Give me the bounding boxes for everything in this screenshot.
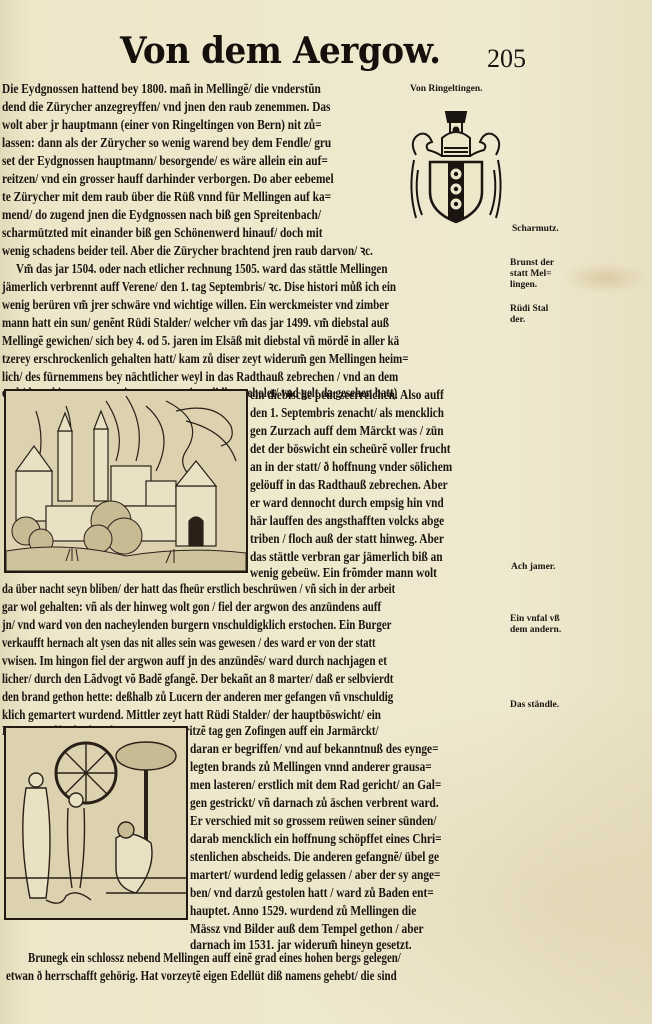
text-line: dend die Zürycher anzegreyffen/ vnd jnen…: [2, 98, 330, 115]
burning-town-illustration: [6, 391, 246, 571]
woodcut-burning-town: [4, 389, 248, 573]
text-line: ein diebische peüt zeerreichen. Also auf…: [250, 386, 444, 403]
text-line: gar wol gehalten: vñ als der hinweg wolt…: [2, 598, 381, 615]
text-line: klich gemartert wurdend. Mittler zeyt ha…: [2, 706, 381, 723]
text-line: martert/ wurdend ledig gelassen / aber d…: [190, 866, 441, 883]
text-line: darab mencklich ein hoffnung schöpffet e…: [190, 830, 442, 847]
text-line: te Zürycher mit dem raub über die Rüß vn…: [2, 188, 331, 205]
text-line: den 1. Septembris zenacht/ als mencklich: [250, 404, 444, 421]
text-line: Mässz vnd Bilder auß dem Tempel gethon /…: [190, 920, 424, 937]
book-page: Von dem Aergow. 205 Die Eydgnossen hatte…: [0, 0, 652, 1024]
text-line: lich/ des fürnemmens bey nächtlicher wey…: [2, 368, 398, 385]
text-line: men lasteren/ erstlich mit dem Rad geric…: [190, 776, 441, 793]
margin-note-scharmutz: Scharmutz.: [512, 224, 559, 235]
text-line: wenig schadens beider teil. Aber die Zür…: [2, 242, 373, 259]
text-line: Brunegk ein schlossz nebend Mellingen au…: [28, 949, 401, 966]
execution-wheel-illustration: [6, 728, 186, 918]
woodcut-execution-wheel: [4, 726, 188, 920]
text-line: Mellingẽ gewichen/ sich bey 4. od 5. jar…: [2, 332, 399, 349]
text-line: ben/ vnd darzů gestolen hatt / ward zů B…: [190, 884, 434, 901]
text-line: vwisen. Im hingon fiel der argwon auff j…: [2, 652, 387, 669]
page-title: Von dem Aergow.: [120, 30, 441, 72]
text-line: verkaufft hernach alt ysen das nit alles…: [2, 634, 376, 651]
text-line: gelöuff in das Radthauß zebrechen. Aber: [250, 476, 448, 493]
coat-of-arms-crest: [406, 100, 506, 232]
text-line: stenlichen abscheids. Die anderen gefang…: [190, 848, 439, 865]
text-line: lassen: dann als der Zürycher so wenig w…: [2, 134, 331, 151]
text-line: mann hatt ein sun/ genẽnt Rüdi Stalder/ …: [2, 314, 389, 331]
text-line: legten brands zů Mellingen vnnd anderer …: [190, 758, 432, 775]
margin-note-ringeltingen: Von Ringeltingen.: [410, 84, 483, 95]
text-line: jn/ vnd ward von den nacheylenden burger…: [2, 616, 392, 633]
text-line: licher/ durch den Lãdvogt võ Badẽ gfangẽ…: [2, 670, 393, 687]
text-line: gen gestrickt/ vñ darnach zů äschen verb…: [190, 794, 439, 811]
page-number: 205: [487, 44, 526, 74]
text-line: triben / floch auß der statt hinweg. Abe…: [250, 530, 444, 547]
text-line: den brand gethon hette: deßhalb zů Lucer…: [2, 688, 393, 705]
text-line: Er verschied mit so grossem reüwen seine…: [190, 812, 436, 829]
text-line: hauptet. Anno 1529. wurdend zů Mellingen…: [190, 902, 416, 919]
text-line: det der böswicht ein scheürẽ voller fruc…: [250, 440, 451, 457]
margin-note-brunst: Brunst der statt Mel= lingen.: [510, 258, 554, 291]
margin-note-standle: Das ständle.: [510, 700, 559, 711]
text-line: Vm̃ das jar 1504. oder nach etlicher rec…: [16, 260, 388, 277]
text-line: gen Zurzach auff dem Märckt was / zün: [250, 422, 444, 439]
text-line: an in der statt/ ð hoffnung vnder sölich…: [250, 458, 452, 475]
text-line: mend/ do zugend jnen die Eydgnossen nach…: [2, 206, 321, 223]
margin-note-rudi-stalder: Rüdi Stal der.: [510, 304, 548, 326]
margin-note-unfall: Ein vnfal vß dem andern.: [510, 614, 561, 636]
text-line: da über nacht seyn bliben/ der hatt das …: [2, 580, 395, 597]
text-line: tzerey erschrockenlich gehalten hatt/ ka…: [2, 350, 409, 367]
text-line: das stättle verbran gar jämerlich biß an: [250, 548, 443, 565]
text-line: scharmützted mit einander biß gen Schöne…: [2, 224, 323, 241]
text-line: jämerlich verbrennt auff Verene/ den 1. …: [2, 278, 396, 295]
text-line: daran er begriffen/ vnd auf bekanntnuß d…: [190, 740, 439, 757]
text-line: wolt aber jr hauptmann (einer von Ringel…: [2, 116, 322, 133]
text-line: er ward dennocht durch empsig hin vnd: [250, 494, 444, 511]
text-line: Die Eydgnossen hattend bey 1800. mañ in …: [2, 80, 321, 97]
text-line: reitzen/ vnd ein grosser hauff darhinder…: [2, 170, 334, 187]
text-line: wenig berüren vm̃ jrer schwäre vnd wicht…: [2, 296, 389, 313]
text-line: set der Eydgnossen hauptmann/ besorgende…: [2, 152, 328, 169]
text-line: wenig gebeüw. Ein frõmder mann wolt: [250, 564, 437, 581]
text-line: etwan ð herrschafft gehörig. Hat vorzeyt…: [6, 967, 397, 984]
text-line: här lauffen des angsthafften volcks abge: [250, 512, 444, 529]
margin-note-ach-jamer: Ach jamer.: [511, 562, 556, 573]
